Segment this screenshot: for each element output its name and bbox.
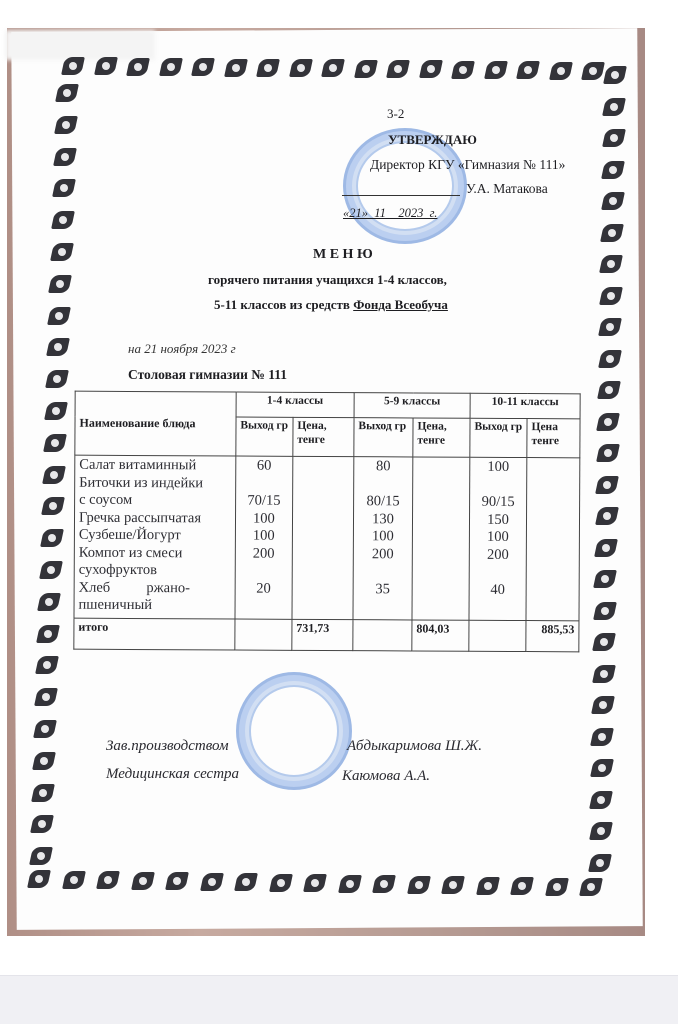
ornament-icon xyxy=(339,873,361,895)
output-header: Выход гр xyxy=(470,418,527,457)
price-header: Цена тенге xyxy=(527,419,580,458)
ornament-icon xyxy=(597,411,619,433)
total-1-4: 731,73 xyxy=(292,619,353,650)
ornament-icon xyxy=(257,57,279,79)
ornament-icon xyxy=(550,60,572,82)
ornament-icon xyxy=(43,464,65,486)
ornament-icon xyxy=(452,59,474,81)
ornament-icon xyxy=(53,177,75,199)
total-10-11: 885,53 xyxy=(526,621,579,652)
ornament-icon xyxy=(593,663,615,685)
ornament-icon xyxy=(160,56,182,78)
output-10-11: 100 90/15 150 100 200 40 xyxy=(469,457,527,620)
ornament-icon xyxy=(373,873,395,895)
ornament-icon xyxy=(599,348,621,370)
ornament-icon xyxy=(32,782,54,804)
signature-name: Каюмова А.А. xyxy=(342,768,430,785)
output-header: Выход гр xyxy=(236,417,293,456)
ornament-icon xyxy=(596,474,618,496)
ornament-icon xyxy=(592,694,614,716)
ornament-icon xyxy=(56,82,78,104)
total-row: итого 731,73 804,03 885,53 xyxy=(74,618,579,652)
signature-role: Зав.производством xyxy=(106,738,229,755)
ornament-icon xyxy=(603,96,625,118)
ornament-icon xyxy=(62,55,84,77)
approval-name: У.А. Матакова xyxy=(466,181,548,197)
ornament-icon xyxy=(408,874,430,896)
menu-subtitle-2: 5-11 классов из средств Фонда Всеобуча xyxy=(214,297,448,313)
ornament-icon xyxy=(49,273,71,295)
total-5-9: 804,03 xyxy=(412,620,469,651)
ornament-icon xyxy=(37,623,59,645)
ornament-icon xyxy=(33,750,55,772)
ornament-icon xyxy=(355,58,377,80)
ornament-icon xyxy=(517,59,539,81)
ornament-icon xyxy=(591,726,613,748)
menu-subtitle-1: горячего питания учащихся 1-4 классов, xyxy=(208,272,447,288)
ornament-icon xyxy=(31,813,53,835)
ornament-icon xyxy=(46,368,68,390)
dish-list: Салат витаминный Биточки из индейки с со… xyxy=(74,455,236,619)
ornament-icon xyxy=(34,718,56,740)
ornament-icon xyxy=(322,57,344,79)
document-number: 3-2 xyxy=(387,106,404,122)
ornament-icon xyxy=(48,305,70,327)
output-1-4: 60 70/15 100 100 200 20 xyxy=(235,456,293,619)
ornament-icon xyxy=(132,870,154,892)
ornament-icon xyxy=(602,190,624,212)
dish-header: Наименование блюда xyxy=(75,391,236,456)
group-header-5-9: 5-9 классы xyxy=(354,393,470,419)
ornament-icon xyxy=(602,159,624,181)
bottom-bar xyxy=(0,975,678,1024)
group-header-1-4: 1-4 классы xyxy=(236,392,354,418)
group-header-10-11: 10-11 классы xyxy=(470,393,580,419)
ornament-icon xyxy=(387,58,409,80)
price-1-4 xyxy=(292,456,354,619)
menu-title: М Е Н Ю xyxy=(313,247,373,263)
signature-role: Медицинская сестра xyxy=(106,766,239,783)
total-empty xyxy=(353,620,412,651)
ornament-icon xyxy=(127,56,149,78)
ornament-icon xyxy=(45,400,67,422)
ornament-icon xyxy=(270,872,292,894)
subtitle-prefix: 5-11 классов из средств xyxy=(214,297,353,312)
ornament-icon xyxy=(35,686,57,708)
ornament-icon xyxy=(442,874,464,896)
menu-date: на 21 ноября 2023 г xyxy=(128,341,236,357)
ornament-icon xyxy=(546,876,568,898)
ornament-icon xyxy=(47,336,69,358)
ornament-icon xyxy=(192,56,214,78)
approval-position: Директор КГУ «Гимназия № 111» xyxy=(370,157,565,173)
price-10-11 xyxy=(526,458,580,621)
price-header: Цена, тенге xyxy=(293,417,354,456)
ornament-icon xyxy=(596,505,618,527)
canteen-name: Столовая гимназии № 111 xyxy=(128,367,287,383)
ornament-icon xyxy=(600,285,622,307)
ornament-icon xyxy=(30,845,52,867)
output-5-9: 80 80/15 130 100 200 35 xyxy=(353,457,413,620)
ornament-icon xyxy=(600,253,622,275)
ornament-icon xyxy=(485,59,507,81)
ornament-icon xyxy=(597,442,619,464)
ornament-icon xyxy=(593,631,615,653)
ornament-icon xyxy=(28,868,50,890)
ornament-icon xyxy=(290,57,312,79)
ornament-icon xyxy=(97,869,119,891)
ornament-icon xyxy=(41,527,63,549)
ornament-icon xyxy=(166,870,188,892)
ornament-icon xyxy=(594,568,616,590)
ornament-icon xyxy=(603,127,625,149)
ornament-icon xyxy=(604,64,626,86)
fund-name: Фонда Всеобуча xyxy=(353,297,448,312)
approval-signature-line xyxy=(342,194,460,196)
ornament-icon xyxy=(40,559,62,581)
ornament-icon xyxy=(95,55,117,77)
price-header: Цена, тенге xyxy=(413,418,470,457)
ornament-icon xyxy=(235,871,257,893)
ornament-icon xyxy=(591,757,613,779)
ornament-icon xyxy=(599,316,621,338)
price-5-9 xyxy=(412,457,470,620)
ornament-icon xyxy=(201,871,223,893)
ornament-icon xyxy=(590,789,612,811)
ornament-icon xyxy=(52,209,74,231)
ornament-icon xyxy=(51,241,73,263)
ornament-icon xyxy=(590,820,612,842)
approval-title: УТВЕРЖДАЮ xyxy=(388,132,477,148)
ornament-icon xyxy=(598,379,620,401)
approval-date: «21» 11 2023 г. xyxy=(343,206,437,221)
ornament-icon xyxy=(420,58,442,80)
ornament-icon xyxy=(511,875,533,897)
production-stamp xyxy=(236,672,352,790)
ornament-icon xyxy=(54,146,76,168)
table-header-row: Наименование блюда 1-4 классы 5-9 классы… xyxy=(75,391,580,419)
ornament-icon xyxy=(582,60,604,82)
ornament-icon xyxy=(304,872,326,894)
ornament-icon xyxy=(601,222,623,244)
table-row: Салат витаминный Биточки из индейки с со… xyxy=(74,455,580,621)
ornament-icon xyxy=(55,114,77,136)
ornament-icon xyxy=(477,875,499,897)
total-label: итого xyxy=(74,618,235,650)
ornament-icon xyxy=(38,591,60,613)
ornament-icon xyxy=(225,57,247,79)
ornament-icon xyxy=(580,876,602,898)
ornament-icon xyxy=(594,600,616,622)
ornament-icon xyxy=(589,852,611,874)
signature-name: Абдыкаримова Ш.Ж. xyxy=(347,738,482,755)
output-header: Выход гр xyxy=(354,418,413,457)
ornament-icon xyxy=(42,495,64,517)
ornament-icon xyxy=(44,432,66,454)
ornament-icon xyxy=(36,654,58,676)
ornament-icon xyxy=(595,537,617,559)
total-empty xyxy=(469,620,526,651)
menu-table: Наименование блюда 1-4 классы 5-9 классы… xyxy=(73,391,580,653)
ornament-icon xyxy=(63,869,85,891)
total-empty xyxy=(235,619,292,650)
